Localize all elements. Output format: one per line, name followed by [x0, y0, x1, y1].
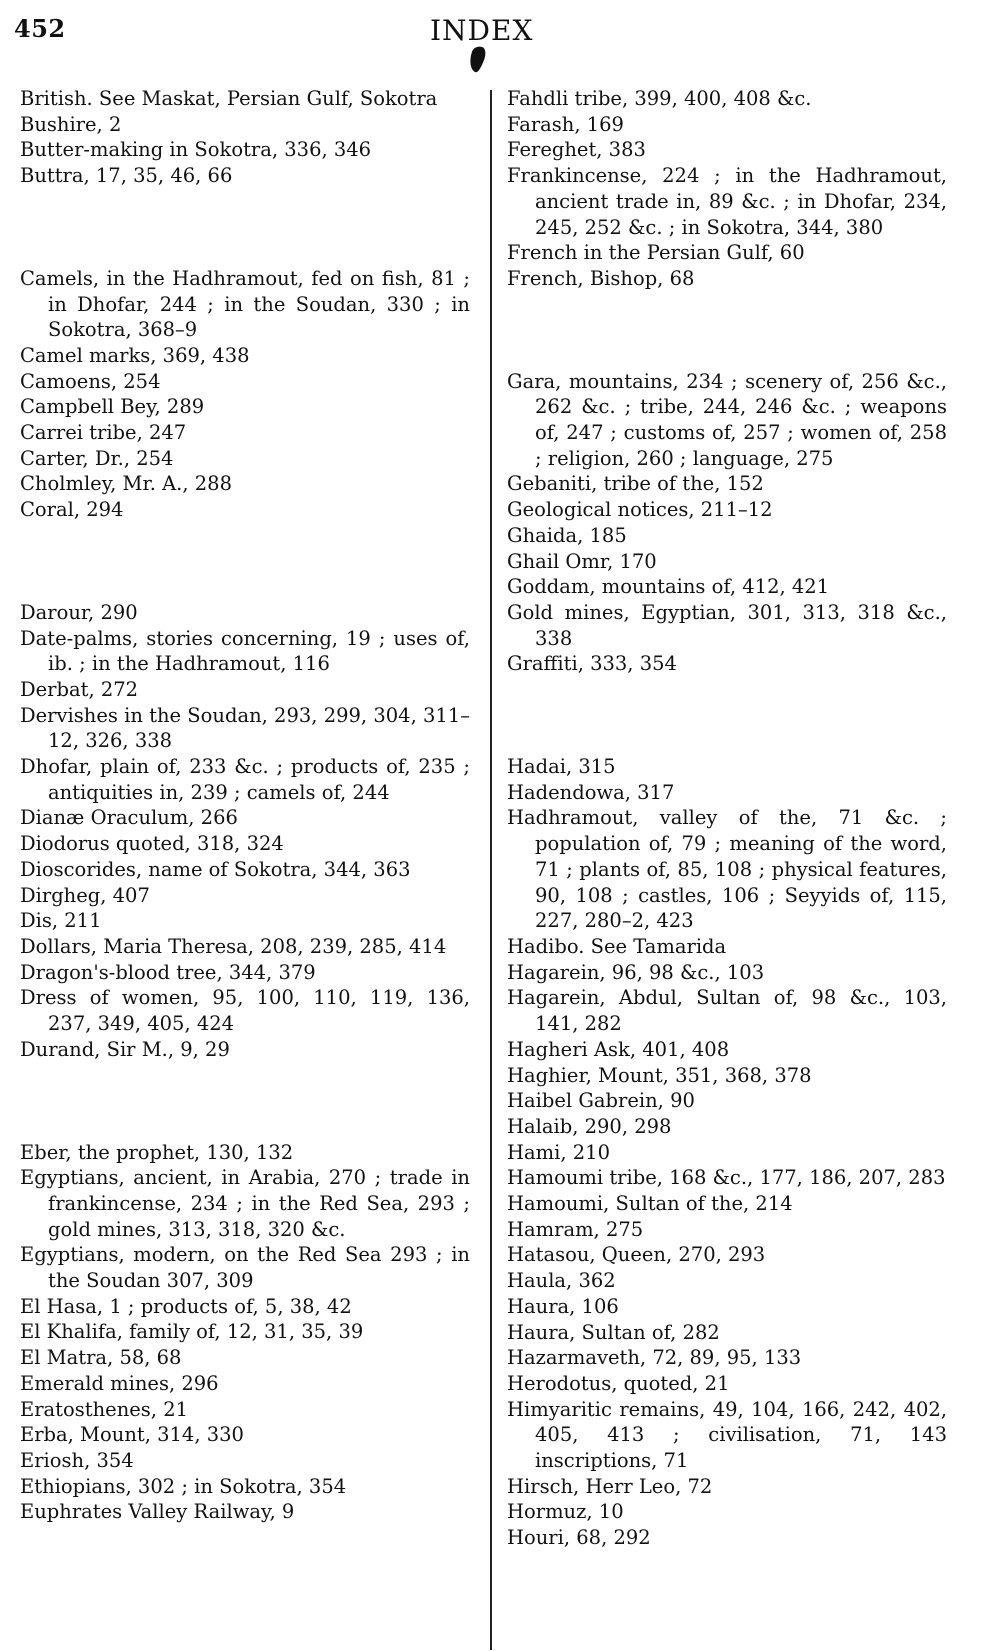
index-entry: Haura, 106: [507, 1294, 947, 1320]
index-entry: Dirgheg, 407: [20, 883, 470, 909]
index-entry: Hamram, 275: [507, 1217, 947, 1243]
index-entry: Gara, mountains, 234 ; scenery of, 256 &…: [507, 369, 947, 472]
page-number: 452: [14, 14, 66, 43]
index-entry: Hazarmaveth, 72, 89, 95, 133: [507, 1345, 947, 1371]
section-gap: [507, 677, 947, 754]
index-entry: Gold mines, Egyptian, 301, 313, 318 &c.,…: [507, 600, 947, 651]
index-entry: El Khalifa, family of, 12, 31, 35, 39: [20, 1319, 470, 1345]
index-entry: Geological notices, 211–12: [507, 497, 947, 523]
index-entry: Haibel Gabrein, 90: [507, 1088, 947, 1114]
index-entry: Erba, Mount, 314, 330: [20, 1422, 470, 1448]
index-entry: Camoens, 254: [20, 369, 470, 395]
section-gap: [20, 523, 470, 600]
index-entry: Hirsch, Herr Leo, 72: [507, 1474, 947, 1500]
index-entry: Fereghet, 383: [507, 137, 947, 163]
index-entry: Eber, the prophet, 130, 132: [20, 1140, 470, 1166]
index-entry: Hagheri Ask, 401, 408: [507, 1037, 947, 1063]
index-entry: Hadhramout, valley of the, 71 &c. ; popu…: [507, 805, 947, 934]
index-entry: Derbat, 272: [20, 677, 470, 703]
index-entry: Dervishes in the Soudan, 293, 299, 304, …: [20, 703, 470, 754]
index-entry: Dis, 211: [20, 908, 470, 934]
index-entry: Diodorus quoted, 318, 324: [20, 831, 470, 857]
index-entry: Date-palms, stories concerning, 19 ; use…: [20, 626, 470, 677]
section-gap: [507, 292, 947, 369]
index-entry: Dress of women, 95, 100, 110, 119, 136, …: [20, 985, 470, 1036]
section-gap: [20, 1063, 470, 1140]
index-entry: Camel marks, 369, 438: [20, 343, 470, 369]
index-entry: Dianæ Oraculum, 266: [20, 805, 470, 831]
index-entry: Campbell Bey, 289: [20, 394, 470, 420]
index-entry: Dhofar, plain of, 233 &c. ; products of,…: [20, 754, 470, 805]
index-entry: French, Bishop, 68: [507, 266, 947, 292]
index-entry: Hamoumi tribe, 168 &c., 177, 186, 207, 2…: [507, 1165, 947, 1191]
index-entry: Hami, 210: [507, 1140, 947, 1166]
index-entry: Fahdli tribe, 399, 400, 408 &c.: [507, 86, 947, 112]
index-entry: Egyptians, modern, on the Red Sea 293 ; …: [20, 1242, 470, 1293]
index-entry: British. See Maskat, Persian Gulf, Sokot…: [20, 86, 470, 112]
index-entry: Haghier, Mount, 351, 368, 378: [507, 1063, 947, 1089]
index-entry: Hormuz, 10: [507, 1499, 947, 1525]
index-entry: French in the Persian Gulf, 60: [507, 240, 947, 266]
index-entry: Cholmley, Mr. A., 288: [20, 471, 470, 497]
index-entry: El Matra, 58, 68: [20, 1345, 470, 1371]
index-entry: Hagarein, Abdul, Sultan of, 98 &c., 103,…: [507, 985, 947, 1036]
index-entry: Darour, 290: [20, 600, 470, 626]
index-entry: Dollars, Maria Theresa, 208, 239, 285, 4…: [20, 934, 470, 960]
index-entry: Hadendowa, 317: [507, 780, 947, 806]
index-entry: Eriosh, 354: [20, 1448, 470, 1474]
index-entry: Ethiopians, 302 ; in Sokotra, 354: [20, 1474, 470, 1500]
index-entry: Himyaritic remains, 49, 104, 166, 242, 4…: [507, 1397, 947, 1474]
index-entry: Eratosthenes, 21: [20, 1397, 470, 1423]
index-entry: Herodotus, quoted, 21: [507, 1371, 947, 1397]
index-entry: Butter-making in Sokotra, 336, 346: [20, 137, 470, 163]
index-entry: Durand, Sir M., 9, 29: [20, 1037, 470, 1063]
index-entry: Euphrates Valley Railway, 9: [20, 1499, 470, 1525]
running-head: INDEX: [430, 14, 533, 47]
index-entry: Haula, 362: [507, 1268, 947, 1294]
index-entry: Hatasou, Queen, 270, 293: [507, 1242, 947, 1268]
index-entry: Houri, 68, 292: [507, 1525, 947, 1551]
index-entry: Ghaida, 185: [507, 523, 947, 549]
index-entry: Frankincense, 224 ; in the Hadhramout, a…: [507, 163, 947, 240]
index-entry: Egyptians, ancient, in Arabia, 270 ; tra…: [20, 1165, 470, 1242]
index-entry: Haura, Sultan of, 282: [507, 1320, 947, 1346]
left-column: British. See Maskat, Persian Gulf, Sokot…: [20, 86, 470, 1525]
index-entry: Gebaniti, tribe of the, 152: [507, 471, 947, 497]
section-gap: [20, 189, 470, 266]
index-entry: Camels, in the Hadhramout, fed on fish, …: [20, 266, 470, 343]
index-entry: Coral, 294: [20, 497, 470, 523]
index-entry: Carter, Dr., 254: [20, 446, 470, 472]
index-entry: Farash, 169: [507, 112, 947, 138]
index-entry: Hamoumi, Sultan of the, 214: [507, 1191, 947, 1217]
index-entry: Buttra, 17, 35, 46, 66: [20, 163, 470, 189]
index-entry: Hadai, 315: [507, 754, 947, 780]
index-entry: Dioscorides, name of Sokotra, 344, 363: [20, 857, 470, 883]
index-entry: Ghail Omr, 170: [507, 549, 947, 575]
index-entry: Goddam, mountains of, 412, 421: [507, 574, 947, 600]
index-entry: Halaib, 290, 298: [507, 1114, 947, 1140]
column-rule: [490, 90, 492, 1650]
index-entry: Graffiti, 333, 354: [507, 651, 947, 677]
index-entry: Dragon's-blood tree, 344, 379: [20, 960, 470, 986]
index-entry: Carrei tribe, 247: [20, 420, 470, 446]
right-column: Fahdli tribe, 399, 400, 408 &c. Farash, …: [507, 86, 947, 1551]
index-entry: El Hasa, 1 ; products of, 5, 38, 42: [20, 1294, 470, 1320]
index-entry: Emerald mines, 296: [20, 1371, 470, 1397]
index-entry: Hadibo. See Tamarida: [507, 934, 947, 960]
ink-blot: [466, 44, 487, 73]
index-entry: Bushire, 2: [20, 112, 470, 138]
index-entry: Hagarein, 96, 98 &c., 103: [507, 960, 947, 986]
